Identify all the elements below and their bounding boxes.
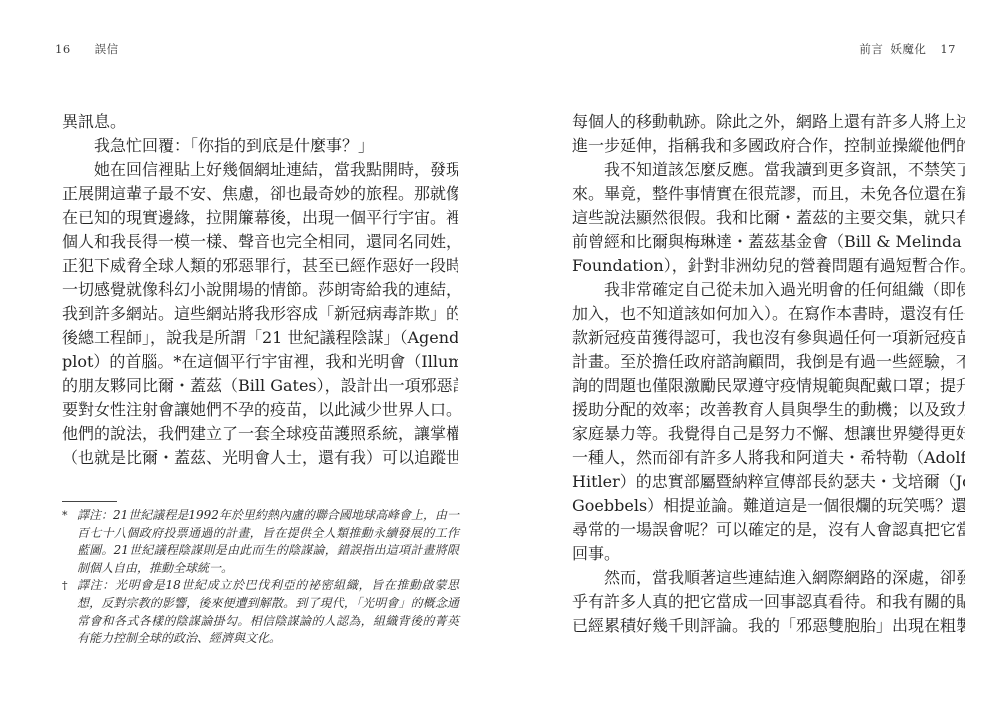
text-line: 一切感覺就像科幻小說開場的情節。莎朗寄給我的連結，引領 xyxy=(62,278,458,302)
footnotes-block: * 譯注：21世紀議程是1992年於里約熱內盧的聯合國地球高峰會上，由一百七十八… xyxy=(62,507,459,648)
section-label: 前言 xyxy=(859,41,883,57)
text-line: 計畫。至於擔任政府諮詢顧問，我倒是有過一些經驗，不過諮 xyxy=(572,350,965,374)
footnote-separator-rule xyxy=(62,501,117,502)
text-line: 正犯下威脅全球人類的邪惡罪行，甚至已經作惡好一段時間。 xyxy=(62,254,458,278)
text-line: 來。畢竟，整件事情實在很荒謬，而且，未免各位還在猜測， xyxy=(572,182,965,206)
text-line: 要對女性注射會讓她們不孕的疫苗，以此減少世界人口。根據 xyxy=(62,398,458,422)
text-line: 他們的說法，我們建立了一套全球疫苗護照系統，讓掌權者 xyxy=(62,422,458,446)
text-line: 每個人的移動軌跡。除此之外，網路上還有許多人將上述說法 xyxy=(572,110,965,134)
right-page-body-text: 每個人的移動軌跡。除此之外，網路上還有許多人將上述說法進一步延伸，指稱我和多國政… xyxy=(572,110,965,638)
text-line: 個人和我長得一模一樣、聲音也完全相同，還同名同姓，而他 xyxy=(62,230,458,254)
text-line: 在已知的現實邊緣，拉開簾幕後，出現一個平行宇宙。裡面有 xyxy=(62,206,458,230)
text-line: plot）的首腦。*在這個平行宇宙裡，我和光明會（Illuminati）† xyxy=(62,350,458,374)
footnote-text: 譯注：21世紀議程是1992年於里約熱內盧的聯合國地球高峰會上，由一百七十八個政… xyxy=(77,507,459,577)
text-line: 的朋友夥同比爾・蓋茲（Bill Gates），設計出一項邪惡計畫， xyxy=(62,374,458,398)
book-title: 誤信 xyxy=(95,41,119,57)
text-line: 援助分配的效率；改善教育人員與學生的動機；以及致力減少 xyxy=(572,398,965,422)
page-number-left: 16 xyxy=(55,42,71,56)
text-line: 後總工程師」，說我是所謂「21 世紀議程陰謀」（Agenda 21 xyxy=(62,326,458,350)
footnote-marker: † xyxy=(62,577,77,595)
text-line: Hitler）的忠實部屬暨納粹宣傳部長約瑟夫・戈培爾（Joseph xyxy=(572,470,965,494)
footnote-marker: * xyxy=(62,507,77,525)
running-head-left: 16 誤信 xyxy=(55,41,119,57)
text-line: 她在回信裡貼上好幾個網址連結，當我點開時，發現自己 xyxy=(62,158,458,182)
text-line: 家庭暴力等。我覺得自己是努力不懈、想讓世界變得更好的那 xyxy=(572,422,965,446)
text-line: 我到許多網站。這些網站將我形容成「新冠病毒詐欺」的「幕 xyxy=(62,302,458,326)
text-line: 我急忙回覆：「你指的到底是什麼事？」 xyxy=(62,134,458,158)
text-line: 已經累積好幾千則評論。我的「邪惡雙胞胎」出現在粗製濫造 xyxy=(572,614,965,638)
text-line: 正展開這輩子最不安、焦慮，卻也最奇妙的旅程。那就像是走 xyxy=(62,182,458,206)
text-line: 進一步延伸，指稱我和多國政府合作，控制並操縱他們的人民。 xyxy=(572,134,965,158)
text-line: 詢的問題也僅限激勵民眾遵守疫情規範與配戴口罩；提升財務 xyxy=(572,374,965,398)
text-line: 乎有許多人真的把它當成一回事認真看待。和我有關的貼文， xyxy=(572,590,965,614)
text-line: 回事。 xyxy=(572,542,965,566)
text-line: 一種人，然而卻有許多人將我和阿道夫・希特勒（Adolf xyxy=(572,446,965,470)
book-spread: 16 誤信 前言 妖魔化 17 異訊息。我急忙回覆：「你指的到底是什麼事？」她在… xyxy=(0,0,1000,707)
text-line: 然而，當我順著這些連結進入網際網路的深處，卻發現似 xyxy=(572,566,965,590)
footnote-text: 譯注：光明會是18世紀成立於巴伐利亞的祕密組織，旨在推動啟蒙思想，反對宗教的影響… xyxy=(77,577,459,647)
page-number-right: 17 xyxy=(940,42,956,56)
left-page-body-text: 異訊息。我急忙回覆：「你指的到底是什麼事？」她在回信裡貼上好幾個網址連結，當我點… xyxy=(62,110,458,470)
text-line: 款新冠疫苗獲得認可，我也沒有參與過任何一項新冠疫苗研發 xyxy=(572,326,965,350)
text-line: Goebbels）相提並論。難道這是一個很爛的玩笑嗎？還是異乎 xyxy=(572,494,965,518)
text-line: 這些說法顯然很假。我和比爾・蓋茲的主要交集，就只有多年 xyxy=(572,206,965,230)
text-line: 尋常的一場誤會呢？可以確定的是，沒有人會認真把它當一 xyxy=(572,518,965,542)
text-line: 異訊息。 xyxy=(62,110,458,134)
text-line: 我非常確定自己從未加入過光明會的任何組織（即使我想 xyxy=(572,278,965,302)
text-line: 前曾經和比爾與梅琳達・蓋茲基金會（Bill & Melinda Gates xyxy=(572,230,965,254)
chapter-title: 妖魔化 xyxy=(890,41,926,57)
footnote: † 譯注：光明會是18世紀成立於巴伐利亞的祕密組織，旨在推動啟蒙思想，反對宗教的… xyxy=(62,577,459,647)
running-head-right: 前言 妖魔化 17 xyxy=(859,41,956,57)
text-line: （也就是比爾・蓋茲、光明會人士，還有我）可以追蹤世界上 xyxy=(62,446,458,470)
text-line: Foundation），針對非洲幼兒的營養問題有過短暫合作。 xyxy=(572,254,965,278)
footnote: * 譯注：21世紀議程是1992年於里約熱內盧的聯合國地球高峰會上，由一百七十八… xyxy=(62,507,459,577)
text-line: 我不知道該怎麼反應。當我讀到更多資訊，不禁笑了出 xyxy=(572,158,965,182)
text-line: 加入，也不知道該如何加入）。在寫作本書時，還沒有任何一 xyxy=(572,302,965,326)
